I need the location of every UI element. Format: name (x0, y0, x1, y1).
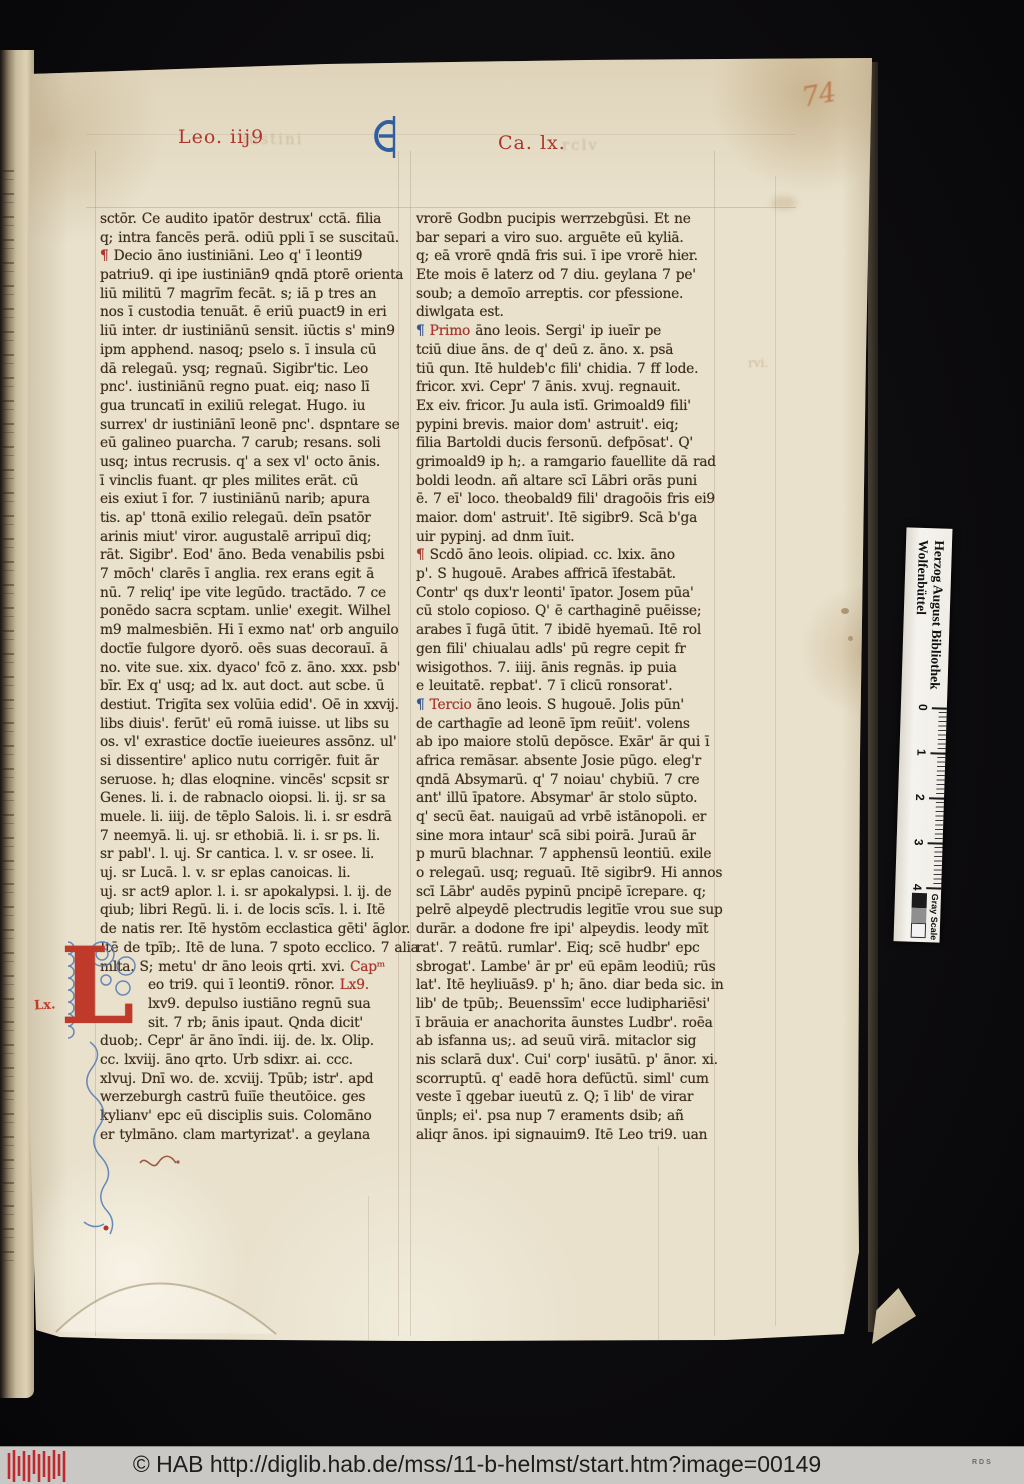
manuscript-text-line: sctōr. Ce audito ipatōr destrux' cctā. f… (100, 210, 406, 229)
manuscript-text-line: pypini brevis. maior dom' astruit'. eiq; (416, 416, 718, 435)
manuscript-text-line: Genes. li. i. de rabnaclo oiopsi. li. ij… (100, 789, 406, 808)
manuscript-text-line: dā relegaū. ysq; regnaū. Sigibr'tic. Leo (100, 360, 406, 379)
manuscript-text-line: boldi leodn. añ altare scī Lābri orās pu… (416, 472, 718, 491)
manuscript-text-line: doctīe fulgore dyorō. oēs suas decorauī.… (100, 640, 406, 659)
manuscript-text-line: 7 neemyā. li. uj. sr ethobiā. li. i. sr … (100, 827, 406, 846)
manuscript-text-line: liū inter. dr iustiniānū sensit. iūctis … (100, 322, 406, 341)
scale-major-tick (928, 842, 943, 844)
manuscript-text-line: Ete mois ē laterz od 7 diu. geylana 7 pe… (416, 266, 718, 285)
manuscript-page: Leo. iij9 iustini Ca. lx. rclv 74 sctōr.… (26, 56, 876, 1348)
manuscript-text-line: scorruptū. q' eadē hora defūctū. siml' c… (416, 1070, 718, 1089)
manuscript-text-line: ē. 7 eī' loco. theobald9 fili' dragoōis … (416, 490, 718, 509)
facing-page-text-edge (2, 170, 14, 1270)
manuscript-text-line: tiū qun. Itē huldeb'c fili' chidia. 7 ff… (416, 360, 718, 379)
manuscript-text-line: os. vl' exrastice doctīe iueieures assōn… (100, 733, 406, 752)
underlying-leaf-edge (868, 62, 878, 1332)
manuscript-text-line: ¶ Primo āno leois. Sergi' ip iueīr pe (416, 322, 718, 341)
manuscript-text-line: rāt. Sigibr'. Eod' āno. Beda venabilis p… (100, 546, 406, 565)
manuscript-text-line: sine mora intaur' scā sibi poirā. Juraū … (416, 827, 718, 846)
manuscript-text-line: bar separi a viro suo. arguēte eū kyliā. (416, 229, 718, 248)
manuscript-text-line: ant' illū īpatore. Absymar' ār stolo sūp… (416, 789, 718, 808)
manuscript-text-line: tciū diue āns. de q' deū z. āno. x. psā (416, 341, 718, 360)
manuscript-text-line: qiub; libri Regū. li. i. de locis scīs. … (100, 901, 406, 920)
stain-spot (841, 608, 849, 614)
stacked-corner-dogear (872, 1288, 916, 1344)
manuscript-text-line: nū. 7 reliq' ipe vite legūdo. tractādo. … (100, 584, 406, 603)
folio-number: 74 (800, 77, 839, 113)
header-initial-e-blue (368, 114, 402, 160)
manuscript-text-line: durār. a dodone fre ipi' alpeydis. leody… (416, 920, 718, 939)
manuscript-text-line: de carthagīe ad leonē īpm reūit'. volens (416, 715, 718, 734)
scale-major-tick (932, 707, 947, 709)
offset-ghost-text: rclv (562, 136, 599, 154)
manuscript-text-line: e leuitatē. repbat'. 7 ī clicū ronsorat'… (416, 677, 718, 696)
manuscript-text-line: cū stolo copioso. Q' ē carthaginē puēiss… (416, 602, 718, 621)
manuscript-text-line: ī vinclis fuant. qr ples milites erāt. c… (100, 472, 406, 491)
manuscript-text-line: ipm apphend. nasoq; pselo s. ī insula cū (100, 341, 406, 360)
manuscript-text-line: tis. ap' ttonā exilio relegaū. deīn psat… (100, 509, 406, 528)
manuscript-text-line: ¶ Scdō āno leois. olipiad. cc. lxix. āno (416, 546, 718, 565)
offset-ghost-text: iustini (242, 130, 303, 148)
manuscript-text-line: ī brāuia er anachorita āunstes Ludbr'. r… (416, 1014, 718, 1033)
caption-bar: © HAB http://diglib.hab.de/mss/11-b-helm… (0, 1446, 1024, 1484)
manuscript-text-line: q' secū ēat. nauigaū ad vrbē istānopoli.… (416, 808, 718, 827)
manuscript-text-line: uj. sr act9 aplor. l. i. sr apokalypsi. … (100, 883, 406, 902)
manuscript-text-line: rat'. 7 reātū. rumlar'. Eiq; scē hudbr' … (416, 939, 718, 958)
scale-major-tick (929, 797, 944, 799)
parchment-crease (368, 1196, 369, 1340)
manuscript-text-line: ūnpls; ei'. psa nup 7 eraments dsib; añ (416, 1107, 718, 1126)
manuscript-text-line: lib' de tpūb;. Beuenssīm' ecce ludiphari… (416, 995, 718, 1014)
manuscript-text-line: Contr' qs dux'r leonti' īpator. Josem pū… (416, 584, 718, 603)
manuscript-text-line: sr pabl'. l. uj. Sr cantica. l. v. sr os… (100, 845, 406, 864)
ruling-line (86, 207, 796, 208)
scale-tick-number: 0 (916, 704, 930, 711)
manuscript-text-line: no. vite sue. xix. dyaco' fcō z. āno. xx… (100, 659, 406, 678)
manuscript-text-line: uj. sr Lucā. l. v. sr eplas canoicas. li… (100, 864, 406, 883)
manuscript-text-line: q; eā vrorē qndā fris sui. ī ipe vrorē h… (416, 247, 718, 266)
manuscript-text-line: seruose. h; dlas eloqnine. vincēs' scpsi… (100, 771, 406, 790)
ruling-line (410, 151, 411, 1336)
manuscript-text-line: nis sclarā dux'. Cui' corp' iusātū. p' ā… (416, 1051, 718, 1070)
manuscript-text-line: liū militū 7 magrīm fecāt. s; iā p tres … (100, 285, 406, 304)
manuscript-text-line: ab ipo maiore stolū depōsce. Exār' ār qu… (416, 733, 718, 752)
manuscript-text-line: arabes ī fugā ūtit. 7 ibidē hyemaū. Itē … (416, 621, 718, 640)
manuscript-text-line: gua truncatī in exiliū relegat. Hugo. iu (100, 397, 406, 416)
manuscript-text-line: ¶ Decio āno iustiniāni. Leo q' ī leonti9 (100, 247, 406, 266)
manuscript-text-line: soub; a demoīo arreptis. cor pfessione. (416, 285, 718, 304)
manuscript-text-line: uir pypinj. ad dnm īuit. (416, 528, 718, 547)
grayscale-black-patch (912, 892, 927, 907)
manuscript-text-line: nos ī custodia tenuāt. ē eriū puact9 in … (100, 303, 406, 322)
manuscript-text-line: filia Bartoldi ducis fersonū. defpōsat'.… (416, 434, 718, 453)
scale-tick-number: 1 (914, 749, 928, 756)
manuscript-text-line: vrorē Godbn pucipis werrzebgūsi. Et ne (416, 210, 718, 229)
copyright-caption: © HAB http://diglib.hab.de/mss/11-b-helm… (60, 1451, 894, 1478)
manuscript-text-line: patriu9. qi ipe iustiniān9 qndā ptorē or… (100, 266, 406, 285)
text-column-right: vrorē Godbn pucipis werrzebgūsi. Et neba… (416, 210, 718, 1144)
manuscript-text-line: pelrē alpeydē plectrudis legitīe vrou su… (416, 901, 718, 920)
manuscript-text-line: muele. li. iiij. de tēplo Salois. li. i.… (100, 808, 406, 827)
manuscript-text-line: grimoald9 ip h;. a ramgario fauellite dā… (416, 453, 718, 472)
parchment-crease (658, 1146, 659, 1340)
manuscript-text-line: destiut. Trigīta sex volūia edid'. Oē in… (100, 696, 406, 715)
margin-faint-note: rvi. (748, 356, 768, 370)
margin-chapter-note: Lx. (34, 997, 56, 1013)
manuscript-text-line: ponēdo sacra scptam. unlie' exegit. Wilh… (100, 602, 406, 621)
manuscript-text-line: p murū blachnar. 7 apphensū leontiū. exi… (416, 845, 718, 864)
manuscript-text-line: bīr. Ex q' usq; ad lx. aut doct. aut scb… (100, 677, 406, 696)
rds-mark: RDS (972, 1459, 993, 1466)
manuscript-text-line: m9 malmesbiēn. Hi ī exmo nat' orb anguil… (100, 621, 406, 640)
manuscript-text-line: surrex' dr iustiniānī leonē pnc'. dspnta… (100, 416, 406, 435)
manuscript-text-line: q; intra fancēs perā. odiū ppli ī se sus… (100, 229, 406, 248)
line-filler-ornament (138, 1154, 182, 1170)
manuscript-text-line: aliqr ānos. ipi signauim9. Itē Leo tri9.… (416, 1126, 718, 1145)
manuscript-text-line: fricor. xvi. Cepr' 7 ānis. xvuj. regnaui… (416, 378, 718, 397)
manuscript-text-line: si dissentire' aplico nutu corrigēr. fui… (100, 752, 406, 771)
drop-cap-initial-L: L (60, 936, 135, 1036)
manuscript-text-line: Ex eiv. fricor. Ju aula istī. Grimoald9 … (416, 397, 718, 416)
manuscript-text-line: gen fili' chiualau adls' pū regre cepit … (416, 640, 718, 659)
stain-spot (848, 636, 853, 641)
manuscript-text-line: africa remāsar. absente Josie pūgo. eleg… (416, 752, 718, 771)
grayscale-gray-patch (911, 907, 926, 922)
running-header-right: Ca. lx. (498, 132, 566, 154)
manuscript-text-line: ¶ Tercio āno leois. S hugouē. Jolis pūn' (416, 696, 718, 715)
manuscript-text-line: ab isfanna us;. ad seuū virā. mitaclor s… (416, 1032, 718, 1051)
photographic-scale-strip: Herzog August Bibliothek Wolfenbüttel 01… (894, 527, 953, 942)
manuscript-text-line: 7 mōch' clarēs ī anglia. rex erans egit … (100, 565, 406, 584)
manuscript-text-line: eis exiut ī for. 7 iustiniānū narib; apu… (100, 490, 406, 509)
digitized-manuscript-photo: Leo. iij9 iustini Ca. lx. rclv 74 sctōr.… (0, 0, 1024, 1484)
stain-spot (771, 196, 797, 210)
manuscript-text-line: arinis miut' viror. augustalē arripuī di… (100, 528, 406, 547)
scale-tick-number: 2 (913, 794, 927, 801)
grayscale-patch-block: Gray Scale (894, 889, 942, 943)
manuscript-text-line: pnc'. iustiniānū regno puat. eiq; naso l… (100, 378, 406, 397)
scale-major-tick (930, 752, 945, 754)
manuscript-text-line: qndā Absymarū. q' 7 noiau' chybiū. 7 cre (416, 771, 718, 790)
manuscript-text-line: maior. dom' astruit'. Itē sigibr9. Scā b… (416, 509, 718, 528)
manuscript-text-line: veste ī qgebar iueutū z. Q; ī lib' de vi… (416, 1088, 718, 1107)
manuscript-text-line: o relegaū. usq; reguaū. Itē sigibr9. Hi … (416, 864, 718, 883)
manuscript-text-line: diwlgata est. (416, 303, 718, 322)
parchment-crease (775, 176, 776, 1326)
manuscript-text-line: lat'. Itē heyliuās9. p' h; āno. diar bed… (416, 976, 718, 995)
grayscale-label: Gray Scale (928, 890, 940, 944)
manuscript-text-line: scī Lābr' audēs pypinū pncipē īcrepare. … (416, 883, 718, 902)
manuscript-text-line: libs diuis'. ferūt' eū romā iuisse. ut l… (100, 715, 406, 734)
manuscript-text-line: usq; intus recrusis. q' a sex vl' octo ā… (100, 453, 406, 472)
manuscript-text-line: eū galineo puarcha. 7 carub; resans. sol… (100, 434, 406, 453)
grayscale-white-patch (911, 922, 926, 937)
centimeter-scale: 01234 (895, 706, 947, 890)
scale-tick-number: 3 (912, 839, 926, 846)
manuscript-text-line: p'. S hugouē. Arabes affricā īfestabāt. (416, 565, 718, 584)
manuscript-text-line: wisigothos. 7. iiij. ānis regnās. ip pui… (416, 659, 718, 678)
library-name-label: Herzog August Bibliothek Wolfenbüttel (901, 527, 953, 707)
manuscript-text-line: sbrogat'. Lambe' ār pr' eū epām leodiū; … (416, 958, 718, 977)
